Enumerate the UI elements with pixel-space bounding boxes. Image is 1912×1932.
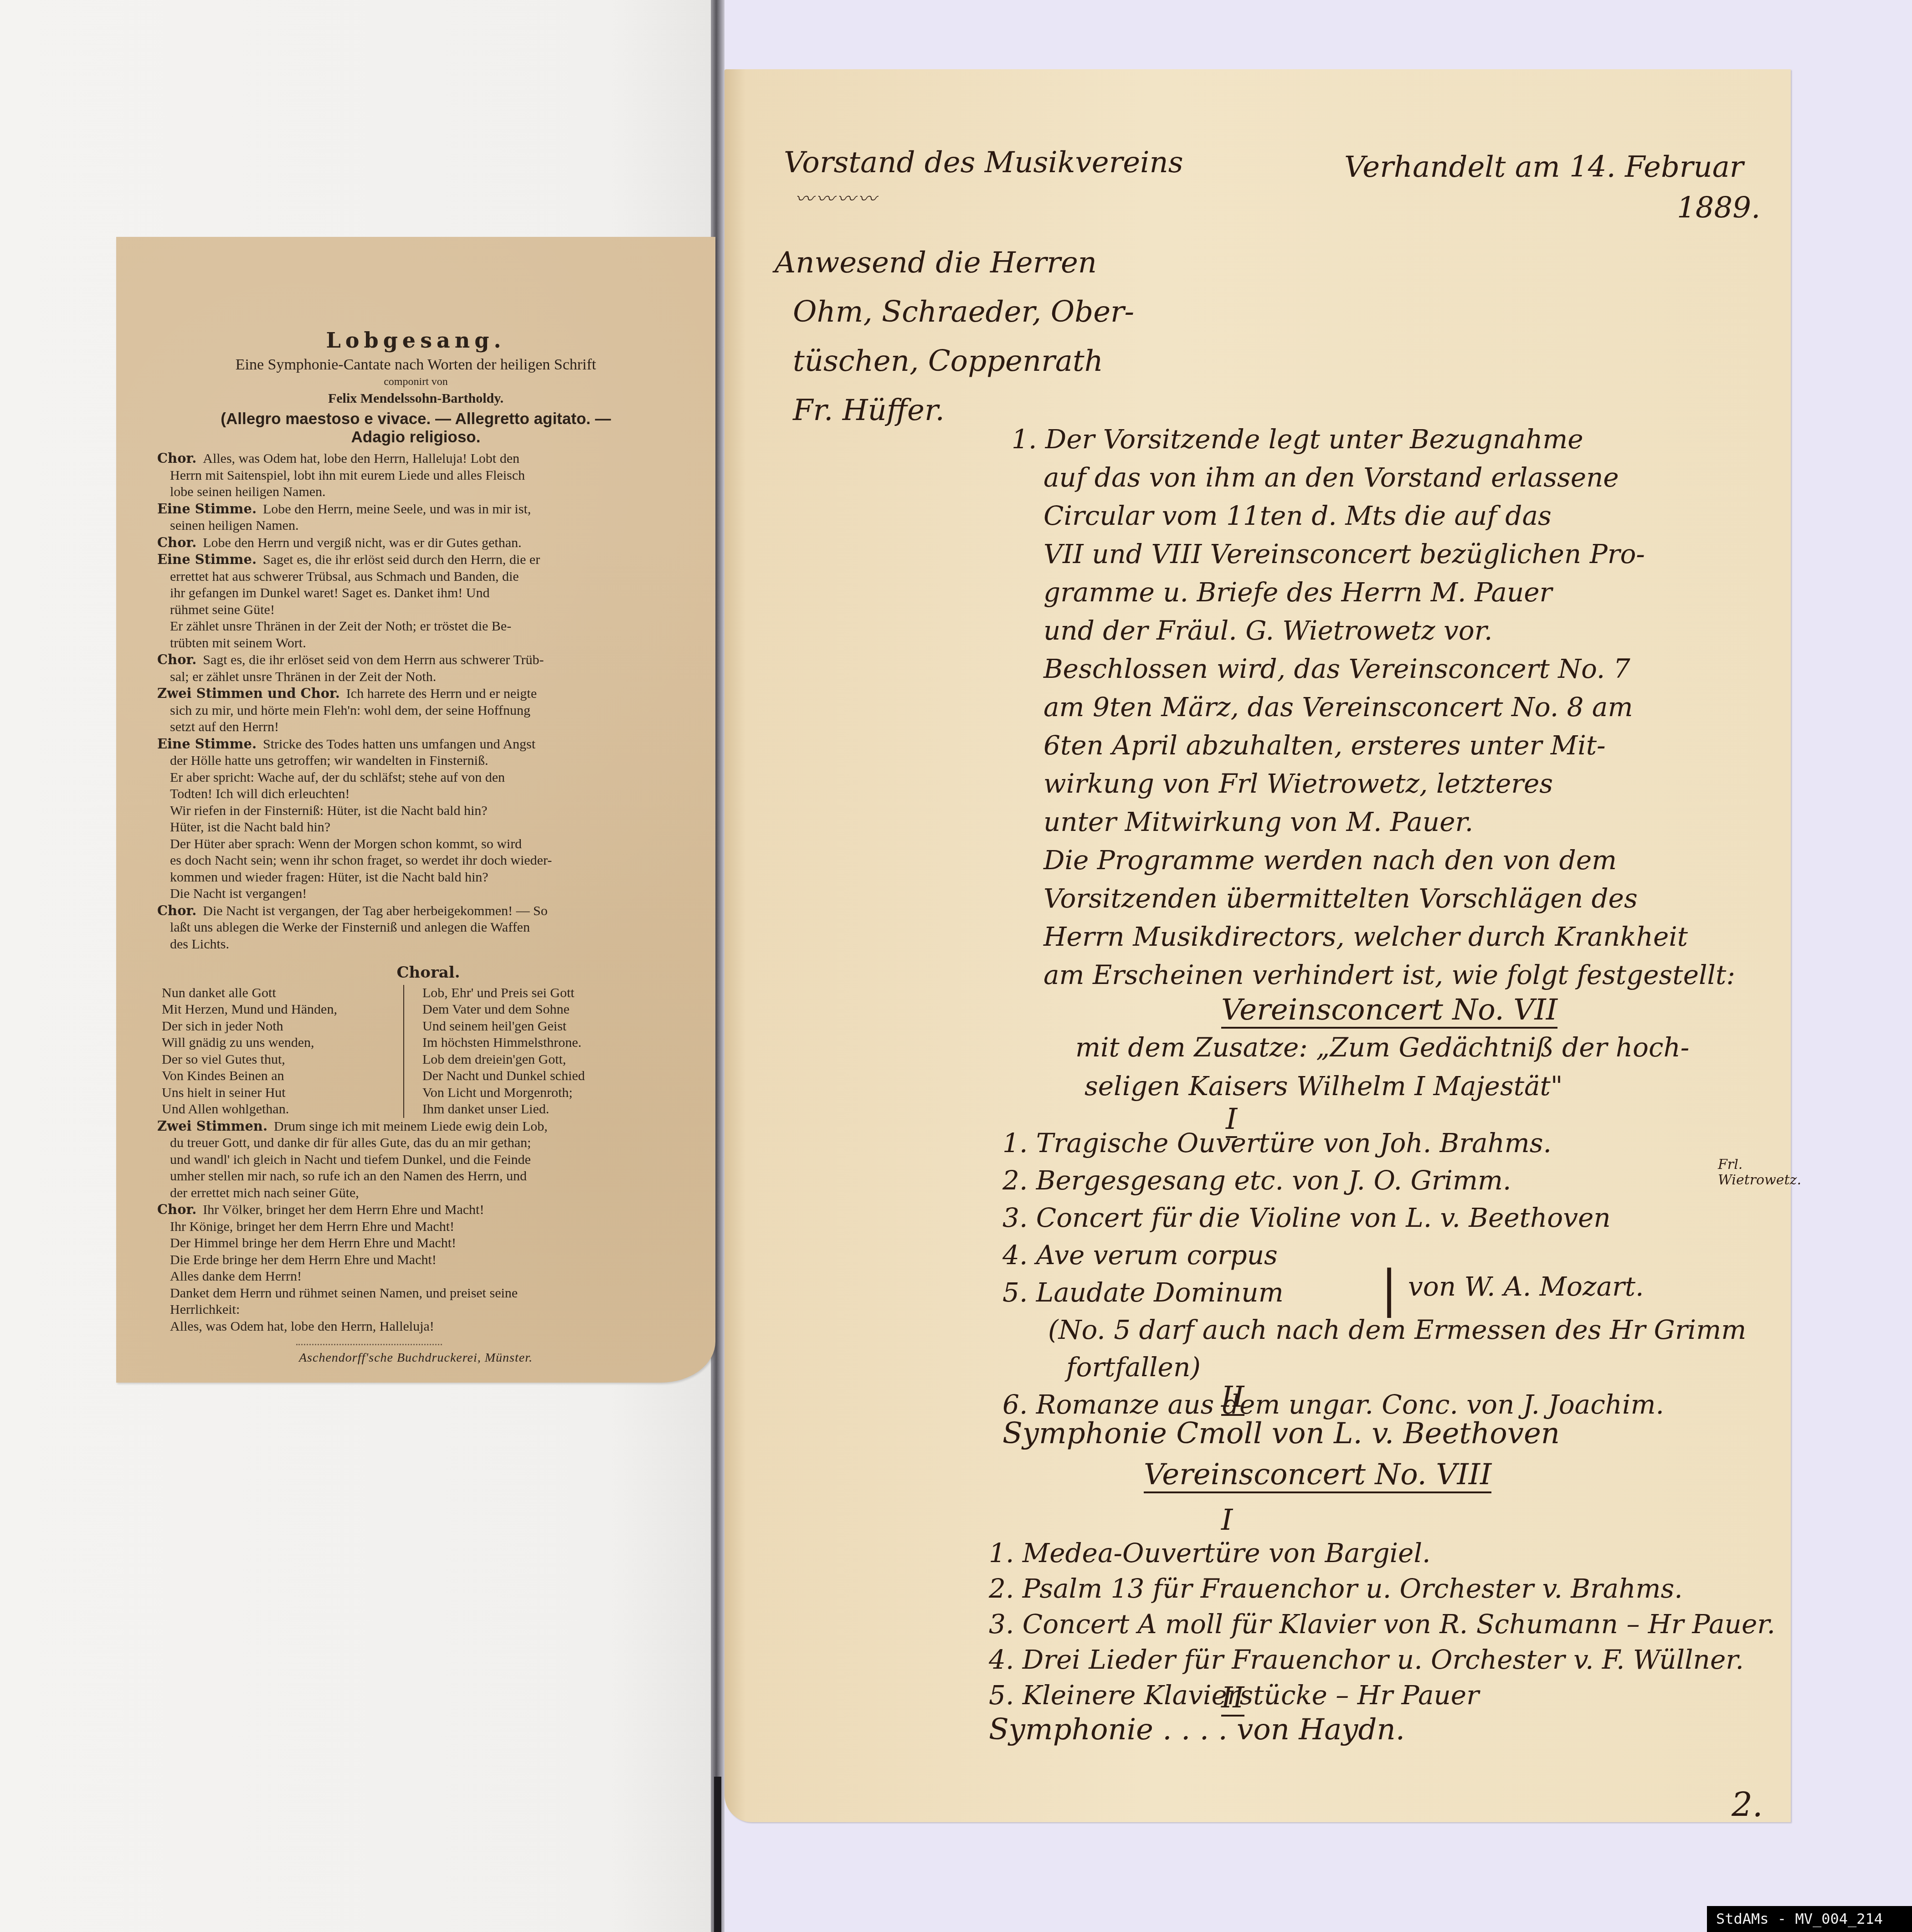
bracket: | (1381, 1260, 1398, 1318)
choral-verses: Nun danket alle GottMit Herzen, Mund und… (162, 985, 699, 1118)
minutes-line: Vorsitzenden übermittelten Vorschlägen d… (1043, 883, 1638, 914)
choral-line: Lob dem dreiein'gen Gott, (422, 1051, 659, 1068)
header-flourish: 〰〰〰〰 (795, 184, 879, 210)
minutes-line: Circular vom 11ten d. Mts die auf das (1043, 500, 1552, 531)
minutes-line: Die Programme werden nach den von dem (1043, 845, 1617, 876)
minutes-line: wirkung von Frl Wietrowetz, letzteres (1043, 768, 1553, 799)
minutes-line: Herrn Musikdirectors, welcher durch Kran… (1043, 921, 1688, 952)
page-number: 2. (1732, 1786, 1763, 1824)
speaker-label: Chor. (157, 1202, 196, 1217)
concert-viii-part-i: I (1221, 1503, 1233, 1537)
choral-line: Und Allen wohlgethan. (162, 1101, 399, 1118)
attendance-line: tüschen, Coppenrath (793, 344, 1103, 378)
printer-imprint: Aschendorff'sche Buchdruckerei, Münster. (116, 1351, 715, 1365)
header-committee: Vorstand des Musikvereins (784, 146, 1183, 179)
speaker-label: Eine Stimme. (157, 552, 257, 567)
speaker-label: Chor. (157, 903, 196, 918)
verse-line: kommen und wieder fragen: Hüter, ist die… (157, 869, 699, 886)
choral-line: Der Nacht und Dunkel schied (422, 1068, 659, 1085)
concert-vii-note-1: mit dem Zusatze: „Zum Gedächtniß der hoc… (1075, 1032, 1689, 1063)
program-item: 2. Psalm 13 für Frauenchor u. Orchester … (989, 1573, 1683, 1604)
verse-line: laßt uns ablegen die Werke der Finsterni… (157, 919, 699, 936)
verse-line: trübten mit seinem Wort. (157, 635, 699, 652)
program-item: 6. Romanze aus dem ungar. Conc. von J. J… (1002, 1389, 1664, 1420)
verse-line: Ich harrete des Herrn und er neigte (346, 686, 537, 701)
program-text: Chor.Alles, was Odem hat, lobe den Herrn… (157, 450, 699, 1335)
program-item: 5. Laudate Dominum (1002, 1277, 1284, 1308)
verse-line: sal; er zählet unsre Thränen in der Zeit… (157, 669, 699, 686)
program-item: 2. Bergesgesang etc. von J. O. Grimm. (1002, 1165, 1511, 1196)
verse-line: Der Hüter aber sprach: Wenn der Morgen s… (157, 836, 699, 853)
verse-line: Er zählet unsre Thränen in der Zeit der … (157, 618, 699, 635)
minutes-line: am Erscheinen verhindert ist, wie folgt … (1043, 959, 1735, 990)
verse-line: Die Nacht ist vergangen, der Tag aber he… (203, 903, 548, 918)
choral-line: Im höchsten Himmelsthrone. (422, 1035, 659, 1051)
verse-block: Eine Stimme.Lobe den Herrn, meine Seele,… (157, 501, 699, 534)
verse-line: Die Erde bringe her dem Herrn Ehre und M… (157, 1252, 699, 1269)
verse-block: Chor.Die Nacht ist vergangen, der Tag ab… (157, 902, 699, 953)
speaker-label: Chor. (157, 451, 196, 466)
verse-line: Sagt es, die ihr erlöset seid von dem He… (203, 652, 544, 667)
printed-program-sheet: Lobgesang. Eine Symphonie-Cantate nach W… (116, 237, 715, 1383)
verse-line: lobe seinen heiligen Namen. (157, 484, 699, 501)
concert-vii-note-2: seligen Kaisers Wilhelm I Majestät" (1084, 1071, 1563, 1102)
choral-line: Von Licht und Morgenroth; (422, 1085, 659, 1102)
program-item: 1. Tragische Ouvertüre von Joh. Brahms. (1002, 1127, 1552, 1158)
tempo-line-2: Adagio religioso. (116, 428, 715, 446)
speaker-label: Zwei Stimmen und Chor. (157, 686, 340, 701)
verse-line: errettet hat aus schwerer Trübsal, aus S… (157, 569, 699, 585)
minutes-line: 1. Der Vorsitzende legt unter Bezugnahme (1012, 424, 1583, 455)
verse-block: Zwei Stimmen.Drum singe ich mit meinem L… (157, 1118, 699, 1202)
header-year: 1889. (1677, 191, 1760, 225)
speaker-label: Chor. (157, 652, 196, 667)
choral-line: Dem Vater und dem Sohne (422, 1001, 659, 1018)
verse-line: Drum singe ich mit meinem Liede ewig dei… (274, 1119, 548, 1134)
concert-vii-heading: Vereinsconcert No. VII (1221, 993, 1557, 1029)
program-item: 4. Ave verum corpus (1002, 1240, 1278, 1271)
verse-line: seinen heiligen Namen. (157, 518, 699, 534)
minutes-line: auf das von ihm an den Vorstand erlassen… (1043, 462, 1619, 493)
speaker-label: Eine Stimme. (157, 736, 257, 752)
program-item: 4. Drei Lieder für Frauenchor u. Orchest… (989, 1644, 1744, 1675)
choral-line: Uns hielt in seiner Hut (162, 1085, 399, 1102)
book-spine-edge (714, 1777, 721, 1932)
minutes-line: VII und VIII Vereinsconcert bezüglichen … (1043, 538, 1645, 569)
verse-line: Ihr Völker, bringet her dem Herrn Ehre u… (203, 1202, 484, 1217)
verse-line: Todten! Ich will dich erleuchten! (157, 786, 699, 803)
speaker-label: Zwei Stimmen. (157, 1118, 267, 1134)
verse-line: Er aber spricht: Wache auf, der du schlä… (157, 769, 699, 786)
verse-line: Herrn mit Saitenspiel, lobt ihn mit eure… (157, 467, 699, 484)
attendance-line: Anwesend die Herren (775, 246, 1097, 280)
verse-line: Alles, was Odem hat, lobe den Herrn, Hal… (203, 451, 519, 466)
verse-line: Wir riefen in der Finsterniß: Hüter, ist… (157, 803, 699, 820)
choral-line: Und seinem heil'gen Geist (422, 1018, 659, 1035)
attendance-line: Ohm, Schraeder, Ober- (793, 295, 1134, 329)
verse-block: Chor.Ihr Völker, bringet her dem Herrn E… (157, 1201, 699, 1335)
program-item: fortfallen) (1066, 1352, 1201, 1383)
program-subtitle: Eine Symphonie-Cantate nach Worten der h… (116, 356, 715, 374)
verse-line: umher stellen mir nach, so rufe ich an d… (157, 1168, 699, 1185)
choral-heading: Choral. (157, 964, 699, 981)
program-item: 3. Concert A moll für Klavier von R. Sch… (989, 1609, 1775, 1640)
text-blocks-after: Zwei Stimmen.Drum singe ich mit meinem L… (157, 1118, 699, 1335)
verse-line: Saget es, die ihr erlöst seid durch den … (263, 552, 540, 567)
minutes-line: 6ten April abzuhalten, ersteres unter Mi… (1043, 730, 1606, 761)
choral-line: Ihm danket unser Lied. (422, 1101, 659, 1118)
verse-line: Ihr Könige, bringet her dem Herrn Ehre u… (157, 1219, 699, 1235)
concert-viii-heading: Vereinsconcert No. VIII (1144, 1458, 1491, 1493)
verse-block: Eine Stimme.Stricke des Todes hatten uns… (157, 736, 699, 902)
minutes-line: und der Fräul. G. Wietrowetz vor. (1043, 615, 1493, 646)
verse-line: Danket dem Herrn und rühmet seinen Namen… (157, 1285, 699, 1302)
verse-block: Chor.Lobe den Herrn und vergiß nicht, wa… (157, 534, 699, 552)
attendance-line: Fr. Hüffer. (793, 394, 945, 427)
verse-line: du treuer Gott, und danke dir für alles … (157, 1135, 699, 1152)
speaker-label: Chor. (157, 535, 196, 550)
archive-watermark: StdAMs - MV_004_214 (1707, 1906, 1912, 1932)
verse-line: und wandl' ich gleich in Nacht und tiefe… (157, 1152, 699, 1168)
verse-line: Stricke des Todes hatten uns umfangen un… (263, 737, 535, 752)
text-blocks: Chor.Alles, was Odem hat, lobe den Herrn… (157, 450, 699, 953)
minutes-line: gramme u. Briefe des Herrn M. Pauer (1043, 577, 1552, 608)
verse-line: Hüter, ist die Nacht bald hin? (157, 819, 699, 836)
verse-line: der Hölle hatte uns getroffen; wir wande… (157, 753, 699, 769)
verse-block: Chor.Alles, was Odem hat, lobe den Herrn… (157, 450, 699, 501)
mozart-attribution: von W. A. Mozart. (1408, 1271, 1644, 1302)
concert-viii-part-ii: II (1221, 1681, 1244, 1717)
verse-line: Alles danke dem Herrn! (157, 1268, 699, 1285)
choral-line: Von Kindes Beinen an (162, 1068, 399, 1085)
concert-vii-part-ii: II (1221, 1380, 1244, 1416)
program-item: 3. Concert für die Violine von L. v. Bee… (1002, 1202, 1611, 1233)
verse-line: Die Nacht ist vergangen! (157, 886, 699, 902)
verse-block: Eine Stimme.Saget es, die ihr erlöst sei… (157, 551, 699, 651)
program-item: (No. 5 darf auch nach dem Ermessen des H… (1048, 1314, 1746, 1345)
minutes-line: unter Mitwirkung von M. Pauer. (1043, 806, 1473, 837)
choral-line: Der so viel Gutes thut, (162, 1051, 399, 1068)
concert-vii-symphony: Symphonie Cmoll von L. v. Beethoven (1002, 1417, 1560, 1450)
verse-line: Lobe den Herrn und vergiß nicht, was er … (203, 535, 521, 550)
choral-line: Nun danket alle Gott (162, 985, 399, 1002)
verse-block: Chor.Sagt es, die ihr erlöset seid von d… (157, 651, 699, 685)
header-date: Verhandelt am 14. Februar (1344, 150, 1743, 184)
program-item: 1. Medea-Ouvertüre von Bargiel. (989, 1537, 1430, 1568)
composed-by-label: componirt von (116, 376, 715, 388)
verse-line: setzt auf den Herrn! (157, 719, 699, 736)
verse-line: des Lichts. (157, 936, 699, 953)
verse-block: Zwei Stimmen und Chor.Ich harrete des He… (157, 685, 699, 736)
verse-line: der errettet mich nach seiner Güte, (157, 1185, 699, 1202)
verse-line: rühmet seine Güte! (157, 602, 699, 619)
choral-right-column: Lob, Ehr' und Preis sei GottDem Vater un… (404, 985, 659, 1118)
tempo-markings: (Allegro maestoso e vivace. — Allegretto… (116, 410, 715, 446)
tempo-line-1: (Allegro maestoso e vivace. — Allegretto… (116, 410, 715, 428)
verse-line: Lobe den Herrn, meine Seele, und was in … (263, 502, 531, 517)
program-title: Lobgesang. (116, 328, 715, 353)
choral-line: Lob, Ehr' und Preis sei Gott (422, 985, 659, 1002)
concert-viii-symphony: Symphonie . . . . von Haydn. (989, 1713, 1405, 1747)
verse-line: Der Himmel bringe her dem Herrn Ehre und… (157, 1235, 699, 1252)
choral-left-column: Nun danket alle GottMit Herzen, Mund und… (162, 985, 404, 1118)
minutes-line: Beschlossen wird, das Vereinsconcert No.… (1043, 653, 1630, 684)
verse-line: Herrlichkeit: (157, 1302, 699, 1318)
violin-soloist-note: Frl. Wietrowetz. (1718, 1157, 1759, 1188)
choral-line: Will gnädig zu uns wenden, (162, 1035, 399, 1051)
verse-line: Alles, was Odem hat, lobe den Herrn, Hal… (157, 1318, 699, 1335)
composer-name: Felix Mendelssohn-Bartholdy. (116, 391, 715, 406)
speaker-label: Eine Stimme. (157, 501, 257, 517)
verse-line: ihr gefangen im Dunkel waret! Saget es. … (157, 585, 699, 602)
choral-line: Der sich in jeder Noth (162, 1018, 399, 1035)
verse-line: sich zu mir, und hörte mein Fleh'n: wohl… (157, 702, 699, 719)
decorative-rule (296, 1339, 442, 1345)
verse-line: es doch Nacht sein; wenn ihr schon frage… (157, 852, 699, 869)
minutes-line: am 9ten März, das Vereinsconcert No. 8 a… (1043, 692, 1633, 723)
choral-line: Mit Herzen, Mund und Händen, (162, 1001, 399, 1018)
